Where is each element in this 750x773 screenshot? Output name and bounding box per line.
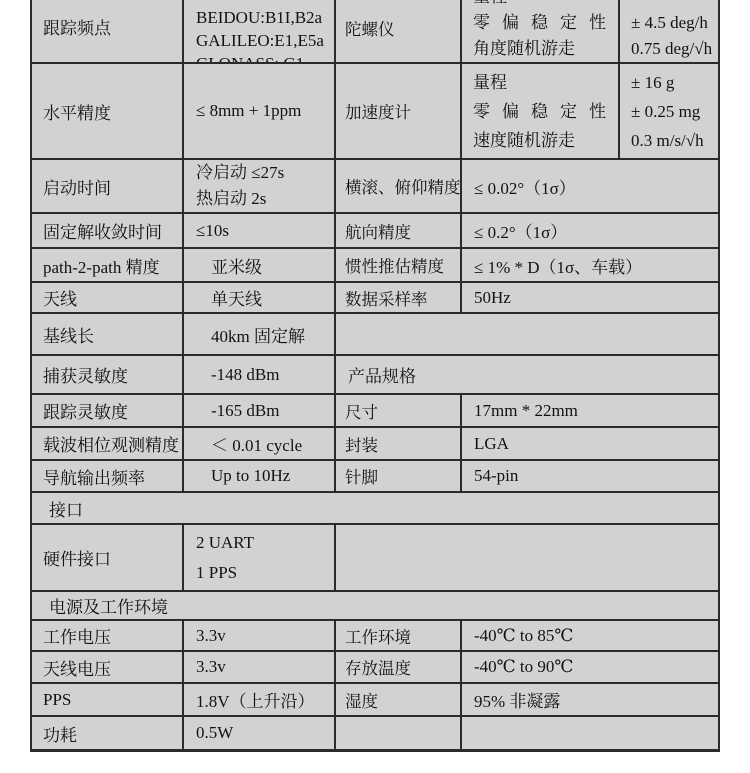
param-velocity-random-walk: 速度随机游走 [473, 126, 575, 155]
label-power-consumption: 功耗 [32, 717, 184, 749]
value-bias-stability: ± 0.25 mg [631, 97, 700, 126]
value-line-beidou: BEIDOU:B1I,B2a [196, 6, 322, 29]
label-operating-voltage: 工作电压 [32, 621, 184, 650]
label-roll-pitch-accuracy: 横滚、俯仰精度 [336, 160, 462, 212]
value-pps: 1 PPS [196, 558, 237, 588]
empty-cell [336, 314, 718, 354]
value-nav-output-rate: Up to 10Hz [184, 461, 336, 491]
value-acquisition-sensitivity: -148 dBm [184, 356, 336, 393]
value-humidity: 95% 非凝露 [462, 684, 718, 715]
gyroscope-param-names: 量程 零偏稳定性 角度随机游走 [462, 0, 620, 62]
value-antenna: 单天线 [184, 283, 336, 312]
value-uart: 2 UART [196, 528, 254, 558]
row-power-environment-section: 电源及工作环境 [32, 592, 718, 621]
value-tracking-frequencies: BEIDOU:B1I,B2a GALILEO:E1,E5a GLONASS: G… [184, 0, 336, 62]
value-hot-start: 热启动 2s [196, 186, 266, 212]
label-antenna-voltage: 天线电压 [32, 652, 184, 682]
label-package: 封装 [336, 428, 462, 459]
value-pps-voltage: 1.8V（上升沿） [184, 684, 336, 715]
label-nav-output-rate: 导航输出频率 [32, 461, 184, 491]
section-interface: 接口 [32, 493, 718, 523]
empty-value-cell [462, 717, 718, 749]
row-path2path-dr-accuracy: path-2-path 精度 亚米级 惯性推估精度 ≤ 1% * D（1σ、车载… [32, 249, 718, 283]
label-carrier-phase-accuracy: 载波相位观测精度 [32, 428, 184, 459]
row-tracking-sensitivity-dimensions: 跟踪灵敏度 -165 dBm 尺寸 17mm * 22mm [32, 395, 718, 428]
label-operating-environment: 工作环境 [336, 621, 462, 650]
value-velocity-random-walk: 0.3 m/s/√h [631, 126, 704, 155]
row-horizontal-accuracy-accelerometer: 水平精度 ≤ 8mm + 1ppm 加速度计 量程 零偏稳定性 速度随机游走 ±… [32, 64, 718, 160]
label-dr-accuracy: 惯性推估精度 [336, 249, 462, 281]
param-range: 量程 [473, 68, 507, 97]
row-operating-voltage-temp: 工作电压 3.3v 工作环境 -40℃ to 85℃ [32, 621, 718, 652]
empty-label-cell [336, 717, 462, 749]
value-fix-convergence-time: ≤10s [184, 214, 336, 247]
row-pps-humidity: PPS 1.8V（上升沿） 湿度 95% 非凝露 [32, 684, 718, 717]
spec-table-region: 跟踪频点 BEIDOU:B1I,B2a GALILEO:E1,E5a GLONA… [30, 0, 720, 754]
value-hardware-interface: 2 UART 1 PPS [184, 525, 336, 590]
value-operating-environment: -40℃ to 85℃ [462, 621, 718, 650]
param-angle-random-walk: 角度随机游走 [473, 36, 575, 62]
label-tracking-sensitivity: 跟踪灵敏度 [32, 395, 184, 426]
row-interface-section: 接口 [32, 493, 718, 525]
label-pins: 针脚 [336, 461, 462, 491]
accelerometer-param-names: 量程 零偏稳定性 速度随机游走 [462, 64, 620, 158]
value-antenna-voltage: 3.3v [184, 652, 336, 682]
label-accelerometer: 加速度计 [336, 64, 462, 158]
value-dimensions: 17mm * 22mm [462, 395, 718, 426]
label-humidity: 湿度 [336, 684, 462, 715]
row-acquisition-sensitivity-product-spec: 捕获灵敏度 -148 dBm 产品规格 [32, 356, 718, 395]
row-antenna-voltage-storage-temp: 天线电压 3.3v 存放温度 -40℃ to 90℃ [32, 652, 718, 684]
value-roll-pitch-accuracy: ≤ 0.02°（1σ） [462, 160, 718, 212]
label-heading-accuracy: 航向精度 [336, 214, 462, 247]
value-package: LGA [462, 428, 718, 459]
gyroscope-param-values: ± 4.5 deg/h 0.75 deg/√h [620, 0, 718, 62]
row-carrier-phase-package: 载波相位观测精度 ＜ 0.01 cycle 封装 LGA [32, 428, 718, 461]
label-acquisition-sensitivity: 捕获灵敏度 [32, 356, 184, 393]
value-line-glonass: GLONASS: G1 [196, 52, 304, 62]
value-dr-accuracy: ≤ 1% * D（1σ、车载） [462, 249, 718, 281]
value-power-consumption: 0.5W [184, 717, 336, 749]
datasheet-page: 跟踪频点 BEIDOU:B1I,B2a GALILEO:E1,E5a GLONA… [0, 0, 750, 773]
row-baseline-length: 基线长 40km 固定解 [32, 314, 718, 356]
label-path2path-accuracy: path-2-path 精度 [32, 249, 184, 281]
value-pins: 54-pin [462, 461, 718, 491]
param-range-clipped: 量程 [473, 0, 507, 10]
row-tracking-frequencies-gyroscope: 跟踪频点 BEIDOU:B1I,B2a GALILEO:E1,E5a GLONA… [32, 0, 718, 64]
section-power-environment: 电源及工作环境 [32, 592, 718, 619]
accelerometer-param-values: ± 16 g ± 0.25 mg 0.3 m/s/√h [620, 64, 718, 158]
label-startup-time: 启动时间 [32, 160, 184, 212]
label-data-rate: 数据采样率 [336, 283, 462, 312]
param-bias-stability: 零偏稳定性 [473, 97, 618, 126]
label-gyroscope: 陀螺仪 [336, 0, 462, 62]
value-path2path-accuracy: 亚米级 [184, 249, 336, 281]
value-baseline-length: 40km 固定解 [184, 314, 336, 354]
spec-table: 跟踪频点 BEIDOU:B1I,B2a GALILEO:E1,E5a GLONA… [30, 0, 720, 752]
value-operating-voltage: 3.3v [184, 621, 336, 650]
row-power-consumption: 功耗 0.5W [32, 717, 718, 749]
empty-cell [336, 525, 718, 590]
label-storage-temperature: 存放温度 [336, 652, 462, 682]
label-fix-convergence-time: 固定解收敛时间 [32, 214, 184, 247]
value-startup-time: 冷启动 ≤27s 热启动 2s [184, 160, 336, 212]
value-horizontal-accuracy: ≤ 8mm + 1ppm [184, 64, 336, 158]
row-hardware-interface: 硬件接口 2 UART 1 PPS [32, 525, 718, 592]
value-cold-start: 冷启动 ≤27s [196, 160, 284, 186]
value-angle-random-walk: 0.75 deg/√h [631, 36, 712, 62]
section-product-spec: 产品规格 [336, 356, 718, 393]
row-nav-output-rate-pins: 导航输出频率 Up to 10Hz 针脚 54-pin [32, 461, 718, 493]
value-data-rate: 50Hz [462, 283, 718, 312]
label-hardware-interface: 硬件接口 [32, 525, 184, 590]
value-tracking-sensitivity: -165 dBm [184, 395, 336, 426]
row-antenna-data-rate: 天线 单天线 数据采样率 50Hz [32, 283, 718, 314]
value-heading-accuracy: ≤ 0.2°（1σ） [462, 214, 718, 247]
label-baseline-length: 基线长 [32, 314, 184, 354]
value-carrier-phase-accuracy: ＜ 0.01 cycle [184, 428, 336, 459]
label-tracking-frequencies: 跟踪频点 [32, 0, 184, 62]
label-dimensions: 尺寸 [336, 395, 462, 426]
param-bias-stability: 零偏稳定性 [473, 10, 618, 36]
row-startup-time-roll-pitch: 启动时间 冷启动 ≤27s 热启动 2s 横滚、俯仰精度 ≤ 0.02°（1σ） [32, 160, 718, 214]
row-fix-convergence-heading: 固定解收敛时间 ≤10s 航向精度 ≤ 0.2°（1σ） [32, 214, 718, 249]
value-line-galileo: GALILEO:E1,E5a [196, 29, 324, 52]
label-pps: PPS [32, 684, 184, 715]
value-bias-stability: ± 4.5 deg/h [631, 10, 708, 36]
value-storage-temperature: -40℃ to 90℃ [462, 652, 718, 682]
value-range: ± 16 g [631, 68, 674, 97]
label-antenna: 天线 [32, 283, 184, 312]
label-horizontal-accuracy: 水平精度 [32, 64, 184, 158]
